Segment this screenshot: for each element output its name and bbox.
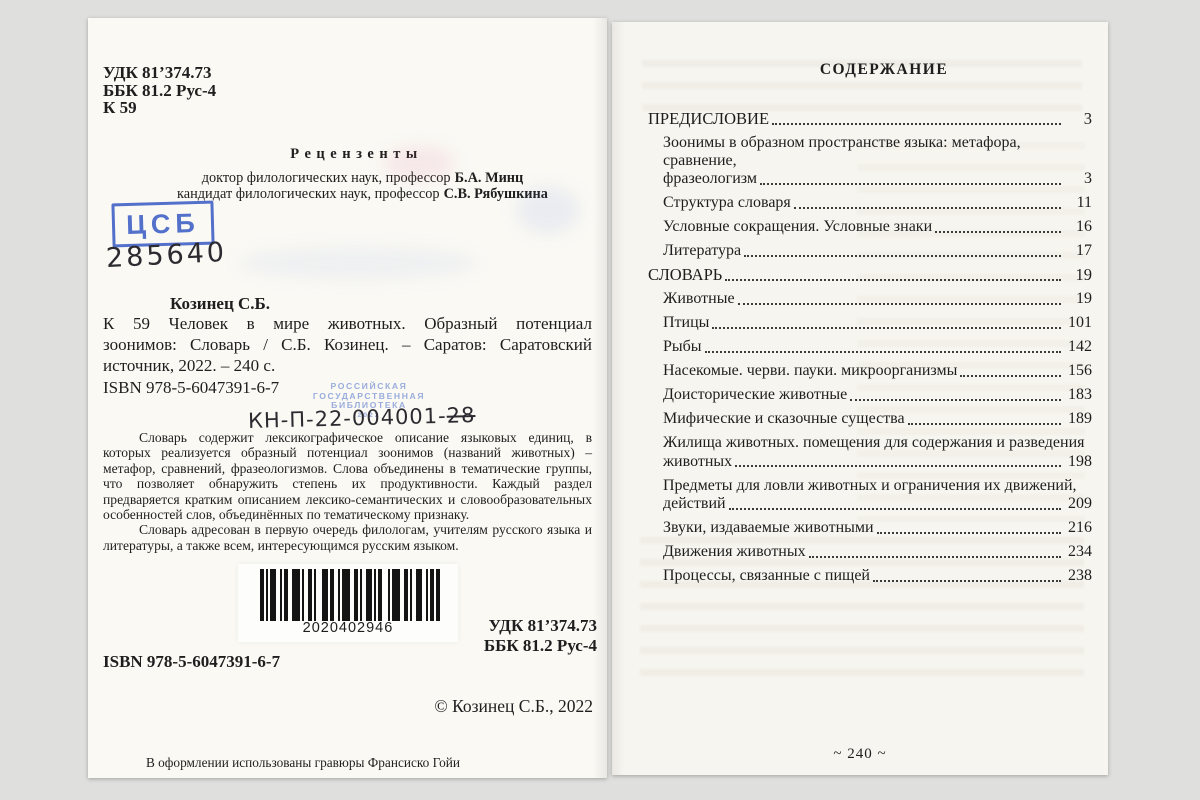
- toc-entry-wrap-line: Жилища животных. помещения для содержани…: [663, 434, 1092, 452]
- reviewers-list: доктор филологических наук, профессорБ.А…: [88, 171, 607, 202]
- toc-page-number: 216: [1064, 519, 1092, 537]
- author-sign-code: К 59: [103, 99, 216, 117]
- toc-page-number: 183: [1064, 386, 1092, 404]
- reviewer-line: кандидат филологических наук, профессорС…: [118, 187, 607, 203]
- toc-entry-label: Условные сокращения. Условные знаки: [663, 218, 932, 236]
- classification-codes: УДК 81’374.73 ББК 81.2 Рус-4 К 59: [103, 64, 216, 117]
- bib-line: зоонимов: Словарь / С.Б. Козинец. – Сара…: [103, 334, 592, 355]
- toc-dot-leader: [908, 423, 1061, 425]
- toc-entry: Предметы для ловли животных и ограничени…: [648, 477, 1092, 513]
- toc-dot-leader: [725, 279, 1061, 281]
- toc-entry-label: Литература: [663, 242, 741, 260]
- page-number-folio: ~ 240 ~: [612, 746, 1108, 763]
- right-page: СОДЕРЖАНИЕ ПРЕДИСЛОВИЕ 3 Зоонимы в образ…: [612, 22, 1108, 775]
- reviewer-line: доктор филологических наук, профессорБ.А…: [118, 171, 607, 187]
- toc-dot-leader: [873, 580, 1061, 582]
- toc-entry-label: Насекомые. черви. пауки. микроорганизмы: [663, 362, 957, 380]
- bib-line: источник, 2022. – 240 с.: [103, 355, 592, 376]
- reviewer-name: С.В. Рябушкина: [440, 186, 548, 202]
- toc-entry-label: Доисторические животные: [663, 386, 847, 404]
- ink-bleed-blob: [238, 246, 478, 280]
- annotation-text: Словарь содержит лексикографическое опис…: [103, 430, 592, 553]
- toc-entry: ПРЕДИСЛОВИЕ 3: [648, 110, 1092, 128]
- reviewer-name: Б.А. Минц: [451, 170, 524, 186]
- toc-dot-leader: [738, 303, 1061, 305]
- toc-entry-label: животных: [663, 453, 732, 471]
- toc-dot-leader: [735, 465, 1061, 467]
- toc-entry-label: Структура словаря: [663, 194, 791, 212]
- toc-entry: Движения животных 234: [648, 543, 1092, 561]
- toc-entry-label: Движения животных: [663, 543, 806, 561]
- toc-entry: Птицы 101: [648, 314, 1092, 332]
- toc-page-number: 156: [1064, 362, 1092, 380]
- toc-page-number: 3: [1064, 170, 1092, 188]
- bbk-code: ББК 81.2 Рус-4: [484, 636, 597, 656]
- toc-dot-leader: [935, 231, 1061, 233]
- toc-page-number: 142: [1064, 338, 1092, 356]
- toc-page-number: 189: [1064, 410, 1092, 428]
- toc-entry: Зоонимы в образном пространстве языка: м…: [648, 134, 1092, 188]
- toc-entry: СЛОВАРЬ 19: [648, 266, 1092, 284]
- toc-list: ПРЕДИСЛОВИЕ 3 Зоонимы в образном простра…: [648, 110, 1092, 591]
- toc-entry-label: СЛОВАРЬ: [648, 266, 722, 284]
- toc-entry: Доисторические животные 183: [648, 386, 1092, 404]
- toc-dot-leader: [705, 351, 1061, 353]
- toc-dot-leader: [712, 327, 1061, 329]
- toc-page-number: 19: [1064, 290, 1092, 308]
- toc-entry-wrap-line: Зоонимы в образном пространстве языка: м…: [663, 134, 1092, 169]
- handwritten-accession-code: КН-П-22-004001-28: [248, 403, 476, 433]
- annotation-paragraph: Словарь содержит лексикографическое опис…: [103, 430, 592, 522]
- toc-dot-leader: [960, 375, 1061, 377]
- toc-dot-leader: [772, 123, 1061, 125]
- toc-entry: Структура словаря 11: [648, 194, 1092, 212]
- toc-entry: Звуки, издаваемые животными 216: [648, 519, 1092, 537]
- copyright-line: © Козинец С.Б., 2022: [434, 696, 593, 717]
- barcode-icon: [256, 569, 440, 621]
- toc-entry-label: Птицы: [663, 314, 709, 332]
- handwritten-inventory-number: 285640: [105, 237, 228, 274]
- toc-page-number: 17: [1064, 242, 1092, 260]
- toc-entry: Условные сокращения. Условные знаки 16: [648, 218, 1092, 236]
- bbk-code: ББК 81.2 Рус-4: [103, 82, 216, 100]
- toc-page-number: 209: [1064, 495, 1092, 513]
- toc-entry-label: Звуки, издаваемые животными: [663, 519, 874, 537]
- toc-entry: Животные 19: [648, 290, 1092, 308]
- udk-code: УДК 81’374.73: [103, 64, 216, 82]
- toc-entry-label: Процессы, связанные с пищей: [663, 567, 870, 585]
- toc-dot-leader: [729, 508, 1061, 510]
- book-scan: УДК 81’374.73 ББК 81.2 Рус-4 К 59 Реценз…: [0, 0, 1200, 800]
- toc-page-number: 101: [1064, 314, 1092, 332]
- toc-page-number: 234: [1064, 543, 1092, 561]
- toc-entry-label: Рыбы: [663, 338, 702, 356]
- toc-entry: Насекомые. черви. пауки. микроорганизмы …: [648, 362, 1092, 380]
- toc-entry: Литература 17: [648, 242, 1092, 260]
- toc-page-number: 11: [1064, 194, 1092, 212]
- isbn-number-bottom: ISBN 978-5-6047391-6-7: [103, 652, 280, 672]
- toc-dot-leader: [809, 556, 1061, 558]
- toc-dot-leader: [850, 399, 1061, 401]
- design-credit: В оформлении использованы гравюры Франси…: [103, 755, 503, 771]
- toc-entry-label: фразеологизм: [663, 170, 757, 188]
- toc-entry-label: ПРЕДИСЛОВИЕ: [648, 110, 769, 128]
- toc-dot-leader: [794, 207, 1061, 209]
- toc-entry: Процессы, связанные с пищей 238: [648, 567, 1092, 585]
- toc-page-number: 19: [1064, 266, 1092, 284]
- toc-dot-leader: [744, 255, 1061, 257]
- toc-page-number: 238: [1064, 567, 1092, 585]
- toc-entry: Рыбы 142: [648, 338, 1092, 356]
- toc-entry: Жилища животных. помещения для содержани…: [648, 434, 1092, 470]
- toc-dot-leader: [877, 532, 1061, 534]
- toc-entry: Мифические и сказочные существа 189: [648, 410, 1092, 428]
- classification-codes-bottom: УДК 81’374.73 ББК 81.2 Рус-4: [484, 616, 597, 656]
- toc-entry-label: действий: [663, 495, 726, 513]
- contents-title: СОДЕРЖАНИЕ: [612, 61, 1108, 79]
- toc-entry-label: Мифические и сказочные существа: [663, 410, 905, 428]
- struck-digits: 28: [446, 403, 475, 428]
- barcode-number: 2020402946: [238, 620, 458, 636]
- left-page: УДК 81’374.73 ББК 81.2 Рус-4 К 59 Реценз…: [88, 18, 607, 778]
- toc-page-number: 3: [1064, 110, 1092, 128]
- udk-code: УДК 81’374.73: [484, 616, 597, 636]
- toc-page-number: 16: [1064, 218, 1092, 236]
- toc-entry-wrap-line: Предметы для ловли животных и ограничени…: [663, 477, 1092, 495]
- reviewers-heading: Рецензенты: [88, 146, 607, 163]
- annotation-paragraph: Словарь адресован в первую очередь филол…: [103, 522, 592, 553]
- book-author: Козинец С.Б.: [170, 294, 270, 314]
- bib-line: К 59 Человек в мире животных. Образный п…: [103, 313, 592, 334]
- toc-page-number: 198: [1064, 453, 1092, 471]
- toc-dot-leader: [760, 183, 1061, 185]
- barcode-label: 2020402946: [238, 564, 458, 642]
- toc-entry-label: Животные: [663, 290, 735, 308]
